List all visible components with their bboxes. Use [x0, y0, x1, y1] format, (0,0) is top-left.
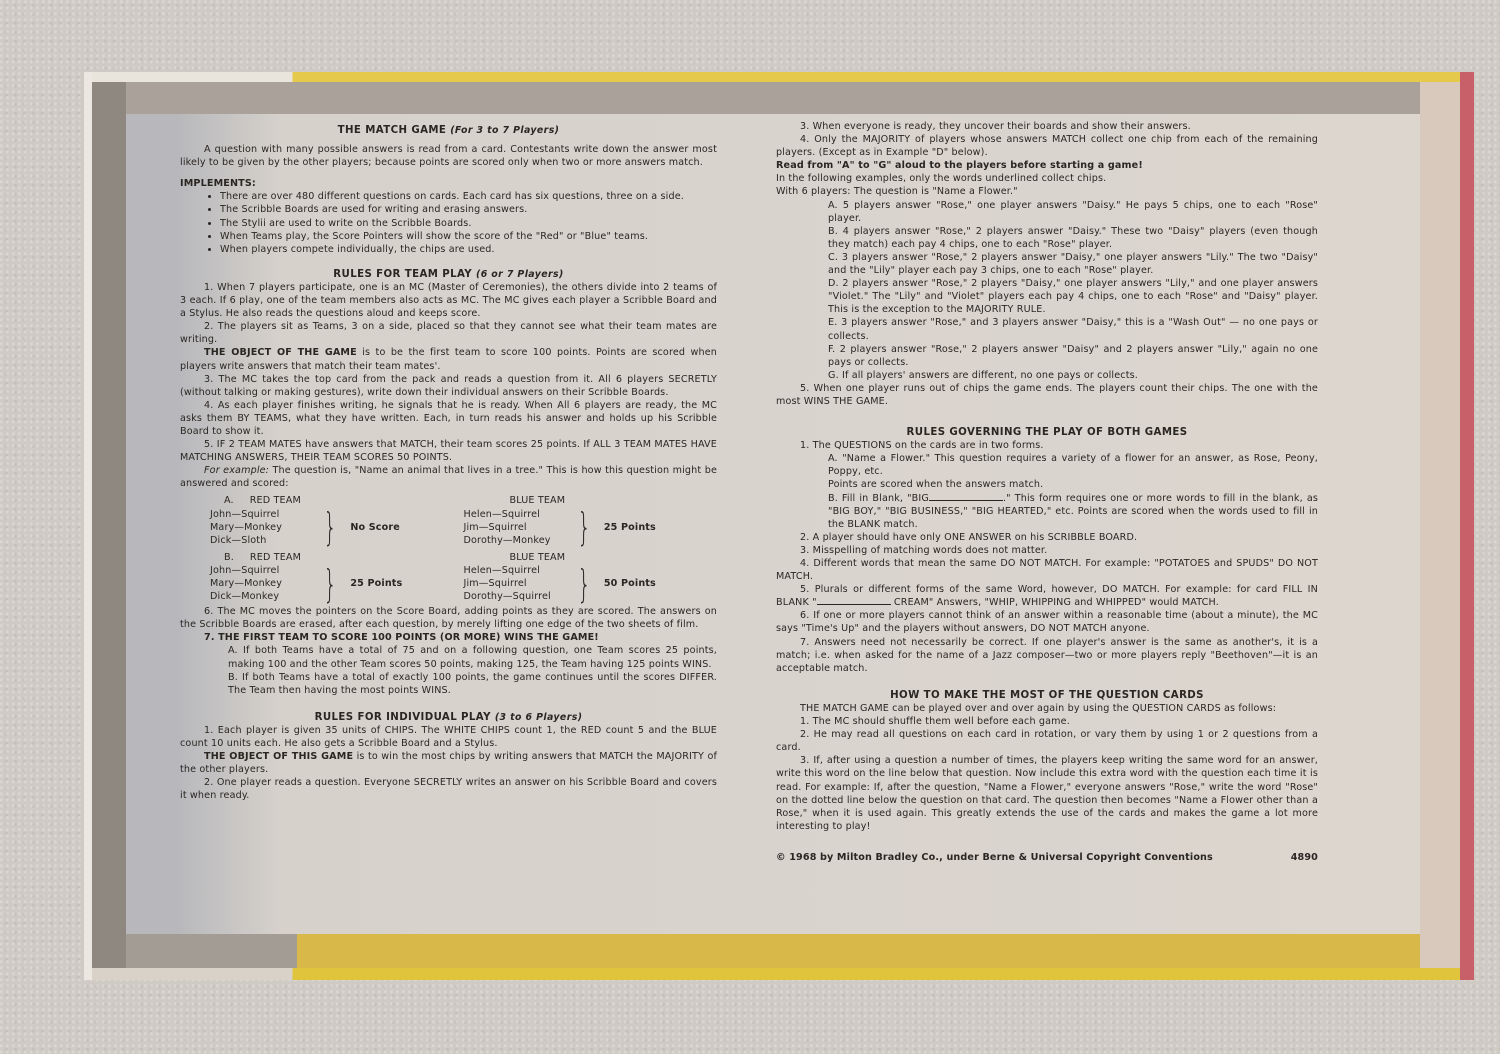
implement-item: When players compete individually, the c… — [220, 243, 717, 256]
brace-icon: } — [577, 508, 590, 546]
team-rule-2: 2. The players sit as Teams, 3 on a side… — [180, 320, 717, 346]
both-rule-1b: B. Fill in Blank, "BIG." This form requi… — [776, 492, 1318, 531]
both-rule-1a: A. "Name a Flower." This question requir… — [776, 452, 1318, 478]
team-rule-6: 6. The MC moves the pointers on the Scor… — [180, 605, 717, 631]
both-rule-1a-note: Points are scored when the answers match… — [776, 478, 1318, 491]
individual-rule-4: 4. Only the MAJORITY of players whose an… — [776, 133, 1318, 159]
team-rule-3: 3. The MC takes the top card from the pa… — [180, 373, 717, 399]
red-team-label: A. RED TEAM — [210, 494, 464, 507]
individual-rule-1: 1. Each player is given 35 units of CHIP… — [180, 724, 717, 750]
chip-case: C. 3 players answer "Rose," 2 players an… — [776, 251, 1318, 277]
box-rim-top — [84, 72, 1474, 82]
question-card-tip: 1. The MC should shuffle them well befor… — [776, 715, 1318, 728]
both-rule-3: 3. Misspelling of matching words does no… — [776, 544, 1318, 557]
game-title: THE MATCH GAME (For 3 to 7 Players) — [180, 124, 717, 137]
implement-item: The Stylii are used to write on the Scri… — [220, 217, 717, 230]
implement-item: There are over 480 different questions o… — [220, 190, 717, 203]
player-answers: Helen—SquirrelJim—SquirrelDorothy—Squirr… — [464, 564, 564, 603]
team-rule-5: 5. IF 2 TEAM MATES have answers that MAT… — [180, 438, 717, 464]
team-score: No Score — [350, 521, 400, 534]
player-answers: Helen—SquirrelJim—SquirrelDorothy—Monkey — [464, 508, 564, 547]
chip-case: B. 4 players answer "Rose," 2 players an… — [776, 225, 1318, 251]
player-answer: Helen—Squirrel — [464, 508, 564, 521]
team-rule-4: 4. As each player finishes writing, he s… — [180, 399, 717, 438]
fill-blank-line — [929, 492, 1003, 501]
player-answer: Helen—Squirrel — [464, 564, 564, 577]
both-games-heading: RULES GOVERNING THE PLAY OF BOTH GAMES — [776, 426, 1318, 439]
player-answer: Jim—Squirrel — [464, 577, 564, 590]
player-answer: Dorothy—Squirrel — [464, 590, 564, 603]
chip-case: G. If all players' answers are different… — [776, 369, 1318, 382]
blue-team-example: BLUE TEAMHelen—SquirrelJim—SquirrelDorot… — [464, 494, 718, 546]
player-answer: Jim—Squirrel — [464, 521, 564, 534]
red-team-example: B. RED TEAMJohn—SquirrelMary—MonkeyDick—… — [210, 551, 464, 603]
brace-icon: } — [323, 565, 336, 603]
implement-item: When Teams play, the Score Pointers will… — [220, 230, 717, 243]
both-rule-4: 4. Different words that mean the same DO… — [776, 557, 1318, 583]
individual-rule-3: 3. When everyone is ready, they uncover … — [776, 120, 1318, 133]
blue-team-example: BLUE TEAMHelen—SquirrelJim—SquirrelDorot… — [464, 551, 718, 603]
brace-icon: } — [323, 508, 336, 546]
individual-object: THE OBJECT OF THIS GAME is to win the mo… — [180, 750, 717, 776]
chip-case: F. 2 players answer "Rose," 2 players an… — [776, 343, 1318, 369]
team-score: 25 Points — [604, 521, 656, 534]
underline-note: In the following examples, only the word… — [776, 172, 1318, 185]
both-rule-7: 7. Answers need not necessarily be corre… — [776, 636, 1318, 675]
team-example-intro: For example: The question is, "Name an a… — [180, 464, 717, 490]
question-cards-heading: HOW TO MAKE THE MOST OF THE QUESTION CAR… — [776, 689, 1318, 702]
question-card-tip: 2. He may read all questions on each car… — [776, 728, 1318, 754]
team-object: THE OBJECT OF THE GAME is to be the firs… — [180, 346, 717, 372]
both-rule-2: 2. A player should have only ONE ANSWER … — [776, 531, 1318, 544]
red-team-label: B. RED TEAM — [210, 551, 464, 564]
player-answers: John—SquirrelMary—MonkeyDick—Monkey — [210, 564, 310, 603]
individual-rule-2: 2. One player reads a question. Everyone… — [180, 776, 717, 802]
box-wall-left — [92, 82, 126, 968]
player-answers: John—SquirrelMary—MonkeyDick—Sloth — [210, 508, 310, 547]
both-rule-1: 1. The QUESTIONS on the cards are in two… — [776, 439, 1318, 452]
team-play-heading: RULES FOR TEAM PLAY (6 or 7 Players) — [180, 268, 717, 281]
box-wall-right — [1420, 82, 1460, 968]
individual-play-heading: RULES FOR INDIVIDUAL PLAY (3 to 6 Player… — [180, 711, 717, 724]
both-rule-6: 6. If one or more players cannot think o… — [776, 609, 1318, 635]
player-answer: Dick—Sloth — [210, 534, 310, 547]
box-rim-right — [1460, 72, 1474, 980]
scoring-examples: A. RED TEAMJohn—SquirrelMary—MonkeyDick—… — [180, 494, 717, 603]
player-answer: John—Squirrel — [210, 564, 310, 577]
implements-heading: IMPLEMENTS: — [180, 177, 717, 190]
catalog-number: 4890 — [1291, 851, 1318, 864]
intro-text: A question with many possible answers is… — [180, 143, 717, 169]
chip-case: E. 3 players answer "Rose," and 3 player… — [776, 316, 1318, 342]
team-rule-1: 1. When 7 players participate, one is an… — [180, 281, 717, 320]
player-answer: Mary—Monkey — [210, 521, 310, 534]
team-rule-7b: B. If both Teams have a total of exactly… — [180, 671, 717, 697]
team-score: 50 Points — [604, 577, 656, 590]
brace-icon: } — [577, 565, 590, 603]
implement-item: The Scribble Boards are used for writing… — [220, 203, 717, 216]
both-rule-5: 5. Plurals or different forms of the sam… — [776, 583, 1318, 609]
box-rim-left — [84, 72, 92, 980]
team-rule-7: 7. THE FIRST TEAM TO SCORE 100 POINTS (O… — [180, 631, 717, 644]
box-rim-bottom — [84, 968, 1474, 980]
player-answer: Mary—Monkey — [210, 577, 310, 590]
scoring-example: B. RED TEAMJohn—SquirrelMary—MonkeyDick—… — [210, 551, 717, 603]
chip-case: A. 5 players answer "Rose," one player a… — [776, 199, 1318, 225]
chip-case: D. 2 players answer "Rose," 2 players "D… — [776, 277, 1318, 316]
team-rule-7a: A. If both Teams have a total of 75 and … — [180, 644, 717, 670]
scoring-example: A. RED TEAMJohn—SquirrelMary—MonkeyDick—… — [210, 494, 717, 546]
copyright-notice: © 1968 by Milton Bradley Co., under Bern… — [776, 851, 1213, 864]
read-aloud-note: Read from "A" to "G" aloud to the player… — [776, 159, 1318, 172]
player-answer: Dorothy—Monkey — [464, 534, 564, 547]
box-wall-bottom — [92, 934, 1460, 968]
individual-rule-5: 5. When one player runs out of chips the… — [776, 382, 1318, 408]
left-column: THE MATCH GAME (For 3 to 7 Players) A qu… — [180, 124, 717, 803]
question-card-tip: 3. If, after using a question a number o… — [776, 754, 1318, 833]
box-wall-top — [92, 82, 1460, 114]
question-cards-intro: THE MATCH GAME can be played over and ov… — [776, 702, 1318, 715]
chip-cases: A. 5 players answer "Rose," one player a… — [776, 199, 1318, 382]
player-answer: John—Squirrel — [210, 508, 310, 521]
implements-list: There are over 480 different questions o… — [180, 190, 717, 255]
player-answer: Dick—Monkey — [210, 590, 310, 603]
fill-blank-line — [817, 596, 891, 605]
red-team-example: A. RED TEAMJohn—SquirrelMary—MonkeyDick—… — [210, 494, 464, 546]
footer: © 1968 by Milton Bradley Co., under Bern… — [776, 851, 1318, 864]
six-players-note: With 6 players: The question is "Name a … — [776, 185, 1318, 198]
team-score: 25 Points — [350, 577, 402, 590]
right-column: 3. When everyone is ready, they uncover … — [776, 120, 1318, 864]
